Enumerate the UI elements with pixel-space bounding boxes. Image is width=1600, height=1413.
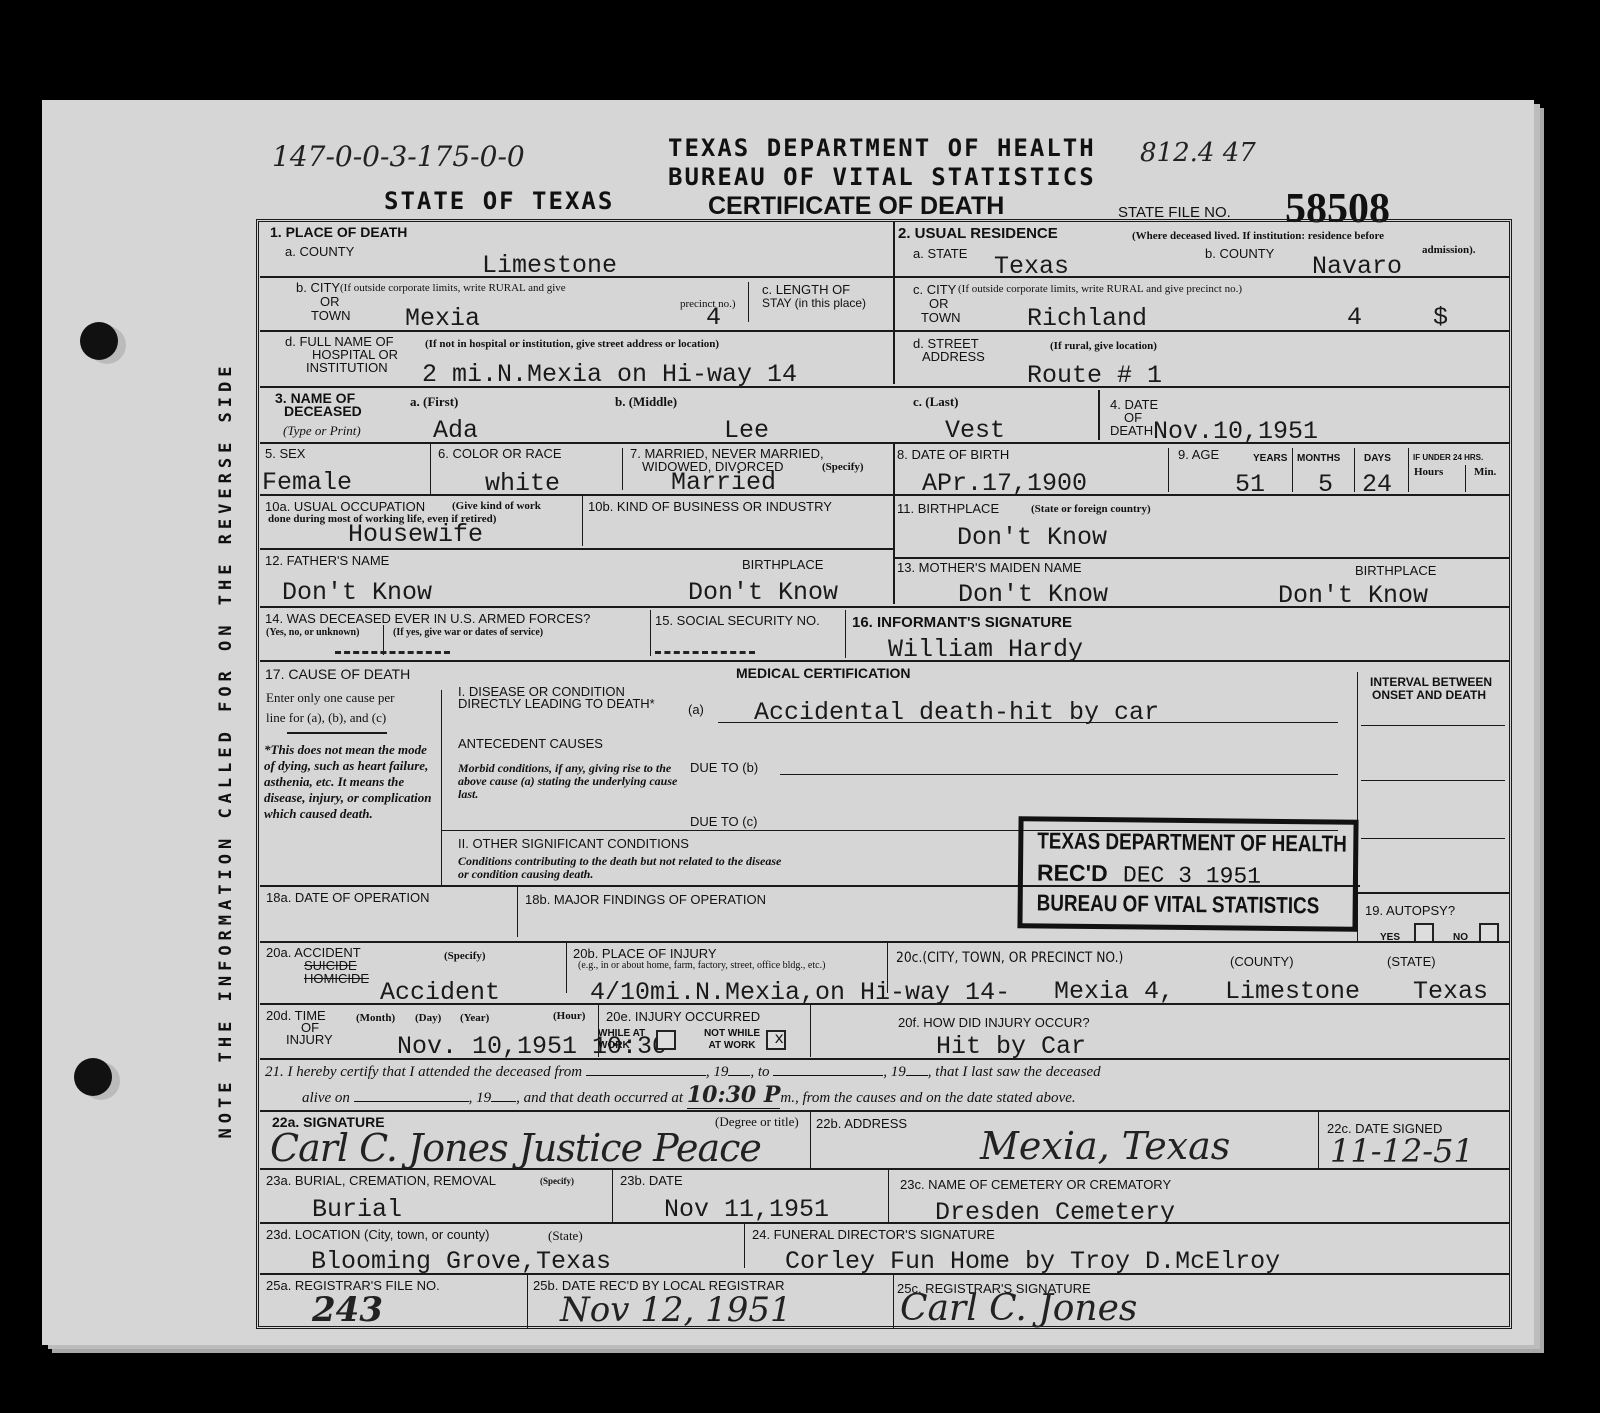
res-county-label: b. COUNTY	[1205, 247, 1274, 260]
armed-yes-no-note: (Yes, no, or unknown)	[266, 627, 359, 638]
occupation-note: (Give kind of work	[452, 501, 541, 512]
sex: Female	[262, 470, 352, 495]
hour-label: (Hour)	[553, 1011, 585, 1022]
burial-date-label: 23b. DATE	[620, 1174, 683, 1187]
race: white	[485, 471, 560, 496]
punch-hole	[74, 1058, 112, 1096]
certify-time: 10:30 P	[687, 1082, 781, 1109]
funeral-director: Corley Fun Home by Troy D.McElroy	[785, 1249, 1280, 1274]
residence-label: 2. USUAL RESIDENCE	[898, 227, 1058, 240]
received-stamp: TEXAS DEPARTMENT OF HEALTH REC'D DEC 3 1…	[1017, 816, 1358, 932]
first-name: Ada	[433, 418, 478, 443]
handwritten-ref: 812.4 47	[1140, 138, 1256, 168]
medical-cert-title: MEDICAL CERTIFICATION	[736, 667, 910, 680]
street-note: (If rural, give location)	[1050, 341, 1157, 352]
armed-war-note: (If yes, give war or dates of service)	[393, 627, 543, 638]
death-location: 2 mi.N.Mexia on Hi-way 14	[422, 362, 797, 387]
other-conditions-label: II. OTHER SIGNIFICANT CONDITIONS	[458, 837, 689, 850]
father-name: Don't Know	[282, 580, 432, 605]
burial-location: Blooming Grove,Texas	[311, 1249, 611, 1274]
cause-instructions: Enter only one cause perline for (a), (b…	[266, 688, 395, 728]
occupation-label: 10a. USUAL OCCUPATION	[265, 500, 425, 513]
hospital-label3: INSTITUTION	[306, 361, 388, 374]
occupation: Housewife	[348, 522, 483, 547]
state-file-label: STATE FILE NO.	[1118, 206, 1231, 219]
informant-label: 16. INFORMANT'S SIGNATURE	[852, 616, 1072, 629]
ssn-label: 15. SOCIAL SECURITY NO.	[655, 614, 820, 627]
accident-type: Accident	[380, 980, 500, 1005]
autopsy-no-checkbox[interactable]	[1479, 923, 1499, 943]
burial-type: Burial	[312, 1197, 402, 1222]
age-label: 9. AGE	[1178, 448, 1219, 461]
registrar-file-no: 243	[312, 1290, 383, 1330]
name-label2: DECEASED	[284, 405, 362, 418]
injury-place-note: (e.g., in or about home, farm, factory, …	[578, 960, 843, 972]
stay-label2: STAY (in this place)	[762, 297, 866, 310]
res-city-note: (If outside corporate limits, write RURA…	[958, 284, 1242, 295]
location-state-label: (State)	[548, 1230, 583, 1241]
instr-line2: line for (a), (b), and (c)	[266, 710, 386, 725]
registrar-date: Nov 12, 1951	[560, 1290, 792, 1330]
days-label: DAYS	[1364, 453, 1391, 464]
dod-label3: DEATH	[1110, 424, 1153, 437]
stamp-line3: BUREAU OF VITAL STATISTICS	[1037, 889, 1320, 919]
last-name: Vest	[945, 418, 1005, 443]
year-label: (Year)	[460, 1013, 489, 1024]
mother-label: 13. MOTHER'S MAIDEN NAME	[897, 561, 1082, 574]
registrar-signature: Carl C. Jones	[900, 1288, 1137, 1329]
physician-address: Mexia, Texas	[980, 1124, 1230, 1168]
time-label3: INJURY	[286, 1033, 333, 1046]
cause-a-label: (a)	[688, 703, 704, 716]
certify-text-f: alive on	[302, 1090, 350, 1106]
not-while-at-work-label: NOT WHILE AT WORK	[697, 1028, 767, 1052]
armed-dashes	[335, 651, 450, 654]
month-label: (Month)	[356, 1013, 395, 1024]
years-label: YEARS	[1253, 453, 1287, 464]
min-label: Min.	[1474, 467, 1496, 478]
res-city-town: TOWN	[921, 311, 960, 324]
marital-specify: (Specify)	[822, 462, 864, 473]
business-label: 10b. KIND OF BUSINESS OR INDUSTRY	[588, 500, 832, 513]
side-note: NOTE THE INFORMATION CALLED FOR ON THE R…	[216, 362, 236, 1139]
not-while-at-work-checkbox[interactable]: x	[766, 1030, 786, 1050]
certify-text-d: , 19	[883, 1064, 906, 1080]
dob-label: 8. DATE OF BIRTH	[897, 448, 1009, 461]
informant-signature: William Hardy	[888, 637, 1083, 662]
disease-label2: DIRECTLY LEADING TO DEATH*	[458, 697, 655, 710]
name-label3: (Type or Print)	[283, 423, 361, 438]
certify-line1: 21. I hereby certify that I attended the…	[265, 1065, 1101, 1080]
res-precinct: 4	[1347, 305, 1362, 330]
how-injury-label: 20f. HOW DID INJURY OCCUR?	[898, 1016, 1090, 1029]
months-label: MONTHS	[1297, 453, 1340, 464]
burial-type-label: 23a. BURIAL, CREMATION, REMOVAL	[266, 1174, 496, 1187]
marital-status: Married	[671, 470, 776, 495]
res-city-label: c. CITY	[913, 283, 956, 296]
sex-label: 5. SEX	[265, 447, 305, 460]
middle-label: b. (Middle)	[615, 396, 677, 407]
while-at-work-label: WHILE AT WORK	[598, 1028, 658, 1052]
address-label: 22b. ADDRESS	[816, 1117, 907, 1130]
first-label: a. (First)	[410, 396, 458, 407]
mother-birthplace: Don't Know	[1278, 583, 1428, 608]
certify-line2: alive on , 19, and that death occurred a…	[302, 1088, 1076, 1106]
occurred-label: 20e. INJURY OCCURRED	[606, 1010, 760, 1023]
race-label: 6. COLOR OR RACE	[438, 447, 562, 460]
residence-note2: admission).	[1422, 245, 1476, 256]
cemetery-label: 23c. NAME OF CEMETERY OR CREMATORY	[900, 1178, 1171, 1191]
res-street: Route # 1	[1027, 363, 1162, 388]
death-city: Mexia	[405, 306, 480, 331]
injury-state-label: (STATE)	[1387, 955, 1436, 968]
stamp-line1: TEXAS DEPARTMENT OF HEALTH	[1037, 827, 1347, 857]
last-label: c. (Last)	[913, 396, 959, 407]
morbid-note: Morbid conditions, if any, giving rise t…	[458, 762, 693, 801]
burial-specify: (Specify)	[540, 1176, 574, 1187]
middle-name: Lee	[724, 418, 769, 443]
birthplace-label: 11. BIRTHPLACE	[897, 502, 999, 515]
director-label: 24. FUNERAL DIRECTOR'S SIGNATURE	[752, 1228, 995, 1241]
injury-place: 4/10mi.N.Mexia,on Hi-way 14-	[590, 980, 1010, 1005]
homicide-label: HOMICIDE	[304, 972, 369, 985]
other-conditions-note: Conditions contributing to the death but…	[458, 855, 788, 881]
injury-city-label: 20c.(CITY, TOWN, OR PRECINCT NO.)	[896, 952, 1123, 965]
while-at-work-checkbox[interactable]	[656, 1030, 676, 1050]
antecedent-label: ANTECEDENT CAUSES	[458, 737, 603, 750]
certify-text-e: , that I last saw the deceased	[928, 1064, 1101, 1080]
father-bp-label: BIRTHPLACE	[742, 558, 823, 571]
certify-text-b: , 19	[706, 1064, 729, 1080]
birthplace: Don't Know	[957, 525, 1107, 550]
res-mark: $	[1433, 305, 1448, 330]
dept-line1: TEXAS DEPARTMENT OF HEALTH	[668, 134, 1096, 162]
operation-findings-label: 18b. MAJOR FINDINGS OF OPERATION	[525, 893, 766, 906]
date-of-birth: APr.17,1900	[922, 471, 1087, 496]
father-label: 12. FATHER'S NAME	[265, 554, 389, 567]
stamp-date: DEC 3 1951	[1123, 862, 1261, 889]
certify-text-i: m., from the causes and on the date stat…	[780, 1090, 1075, 1106]
mother-name: Don't Know	[958, 582, 1108, 607]
injury-city: Mexia 4,	[1054, 979, 1174, 1004]
physician-signature: Carl C. Jones Justice Peace	[270, 1126, 761, 1170]
res-city-or: OR	[929, 297, 949, 310]
ssn-dashes	[655, 651, 755, 654]
handwritten-code: 147-0-0-3-175-0-0	[272, 140, 525, 173]
autopsy-yes-checkbox[interactable]	[1414, 923, 1434, 943]
armed-label: 14. WAS DECEASED EVER IN U.S. ARMED FORC…	[265, 612, 590, 625]
res-state-label: a. STATE	[913, 247, 967, 260]
hours-label: Hours	[1414, 467, 1443, 478]
dept-line2: BUREAU OF VITAL STATISTICS	[668, 163, 1096, 191]
city-label: b. CITY	[296, 281, 340, 294]
place-of-death-label: 1. PLACE OF DEATH	[270, 226, 407, 239]
injury-place-label: 20b. PLACE OF INJURY	[573, 947, 717, 960]
due-to-b: DUE TO (b)	[690, 761, 758, 774]
day-label: (Day)	[415, 1013, 441, 1024]
res-city: Richland	[1027, 306, 1147, 331]
instr-line1: Enter only one cause per	[266, 690, 395, 705]
mother-bp-label: BIRTHPLACE	[1355, 564, 1436, 577]
death-precinct: 4	[706, 305, 721, 330]
state-title: STATE OF TEXAS	[384, 187, 614, 215]
certify-text-h: , and that death occurred at	[516, 1090, 683, 1106]
due-to-c: DUE TO (c)	[690, 815, 757, 828]
residence-note: (Where deceased lived. If institution: r…	[1132, 231, 1384, 242]
accident-specify: (Specify)	[444, 951, 486, 962]
injury-county-label: (COUNTY)	[1230, 955, 1294, 968]
certify-text-g: , 19	[469, 1090, 492, 1106]
how-injury: Hit by Car	[936, 1034, 1086, 1059]
stamp-recd: REC'D	[1037, 859, 1108, 887]
date-signed: 11-12-51	[1330, 1132, 1474, 1170]
street-label2: ADDRESS	[922, 350, 985, 363]
stay-label: c. LENGTH OF	[762, 283, 850, 296]
birthplace-note: (State or foreign country)	[1031, 504, 1151, 515]
cause-label: 17. CAUSE OF DEATH	[265, 668, 410, 681]
certify-text-c: , to	[750, 1064, 769, 1080]
city-town: TOWN	[311, 309, 350, 322]
autopsy-label: 19. AUTOPSY?	[1365, 904, 1455, 917]
father-birthplace: Don't Know	[688, 580, 838, 605]
certify-text-a: 21. I hereby certify that I attended the…	[265, 1064, 582, 1080]
under24-label: IF UNDER 24 HRS.	[1413, 453, 1483, 462]
cause-footnote: *This does not mean the mode of dying, s…	[264, 742, 434, 822]
injury-county: Limestone	[1225, 979, 1360, 1004]
certificate-title: CERTIFICATE OF DEATH	[708, 192, 1004, 221]
hospital-note: (If not in hospital or institution, give…	[425, 339, 719, 350]
death-county: Limestone	[482, 253, 617, 278]
injury-state: Texas	[1413, 979, 1488, 1004]
city-note: (If outside corporate limits, write RURA…	[340, 283, 566, 294]
date-of-death: Nov.10,1951	[1153, 419, 1318, 444]
city-or: OR	[320, 295, 340, 308]
punch-hole	[80, 322, 118, 360]
operation-date-label: 18a. DATE OF OPERATION	[266, 891, 430, 904]
location-label: 23d. LOCATION (City, town, or county)	[266, 1228, 489, 1241]
county-label: a. COUNTY	[285, 245, 354, 258]
burial-date: Nov 11,1951	[664, 1197, 829, 1222]
interval-label2: ONSET AND DEATH	[1372, 689, 1486, 702]
